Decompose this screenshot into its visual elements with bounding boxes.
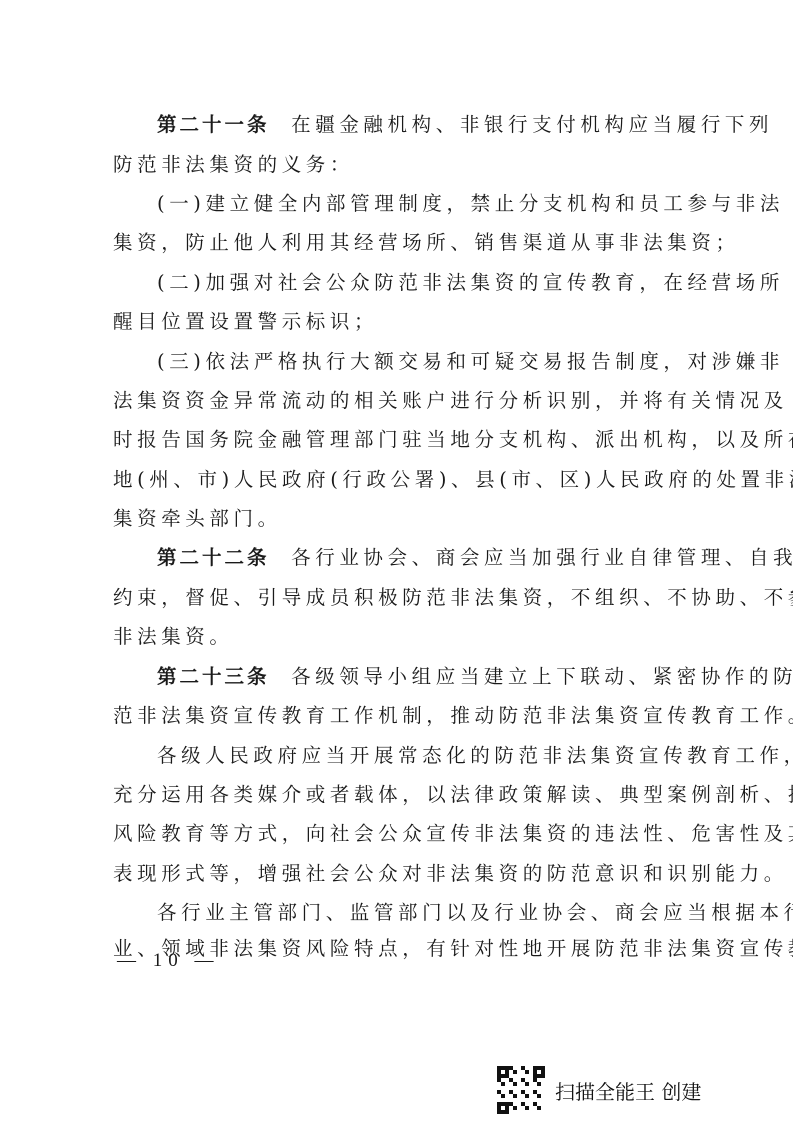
watermark-text: 扫描全能王 创建 xyxy=(555,1076,701,1105)
article-heading: 第二十二条 xyxy=(157,546,270,569)
text-line: 地(州、市)人民政府(行政公署)、县(市、区)人民政府的处置非法 xyxy=(113,465,703,495)
document-page: 第二十一条 在疆金融机构、非银行支付机构应当履行下列 防范非法集资的义务： (一… xyxy=(0,0,793,1122)
text-line: 范非法集资宣传教育工作机制，推动防范非法集资宣传教育工作。 xyxy=(113,701,703,731)
text-line: 约束，督促、引导成员积极防范非法集资，不组织、不协助、不参与 xyxy=(113,583,703,613)
text-line: 防范非法集资的义务： xyxy=(113,150,703,180)
text-line: 风险教育等方式，向社会公众宣传非法集资的违法性、危害性及其 xyxy=(113,819,703,849)
text-line: (一)建立健全内部管理制度，禁止分支机构和员工参与非法 xyxy=(157,189,747,219)
text-line: 集资，防止他人利用其经营场所、销售渠道从事非法集资； xyxy=(113,228,703,258)
text-line: 各行业主管部门、监管部门以及行业协会、商会应当根据本行 xyxy=(157,898,747,928)
text-line: 法集资资金异常流动的相关账户进行分析识别，并将有关情况及 xyxy=(113,386,703,416)
article-21-line-1: 第二十一条 在疆金融机构、非银行支付机构应当履行下列 xyxy=(157,110,747,140)
text-line: (三)依法严格执行大额交易和可疑交易报告制度，对涉嫌非 xyxy=(157,347,747,377)
text-line: 集资牵头部门。 xyxy=(113,504,703,534)
text-line: (二)加强对社会公众防范非法集资的宣传教育，在经营场所 xyxy=(157,268,747,298)
qr-code-icon xyxy=(497,1066,545,1114)
text-line: 醒目位置设置警示标识； xyxy=(113,307,703,337)
scanner-watermark: 扫描全能王 创建 xyxy=(497,1066,701,1114)
page-number: — 10 — xyxy=(117,950,220,972)
text-line: 非法集资。 xyxy=(113,622,703,652)
text-line: 时报告国务院金融管理部门驻当地分支机构、派出机构，以及所在 xyxy=(113,425,703,455)
article-heading: 第二十一条 xyxy=(157,113,270,136)
text-line: 各级人民政府应当开展常态化的防范非法集资宣传教育工作， xyxy=(157,741,747,771)
text-line: 充分运用各类媒介或者载体，以法律政策解读、典型案例剖析、投资 xyxy=(113,780,703,810)
text-line: 表现形式等，增强社会公众对非法集资的防范意识和识别能力。 xyxy=(113,859,703,889)
article-23-line-1: 第二十三条 各级领导小组应当建立上下联动、紧密协作的防 xyxy=(157,662,747,692)
article-heading: 第二十三条 xyxy=(157,665,270,688)
article-22-line-1: 第二十二条 各行业协会、商会应当加强行业自律管理、自我 xyxy=(157,543,747,573)
